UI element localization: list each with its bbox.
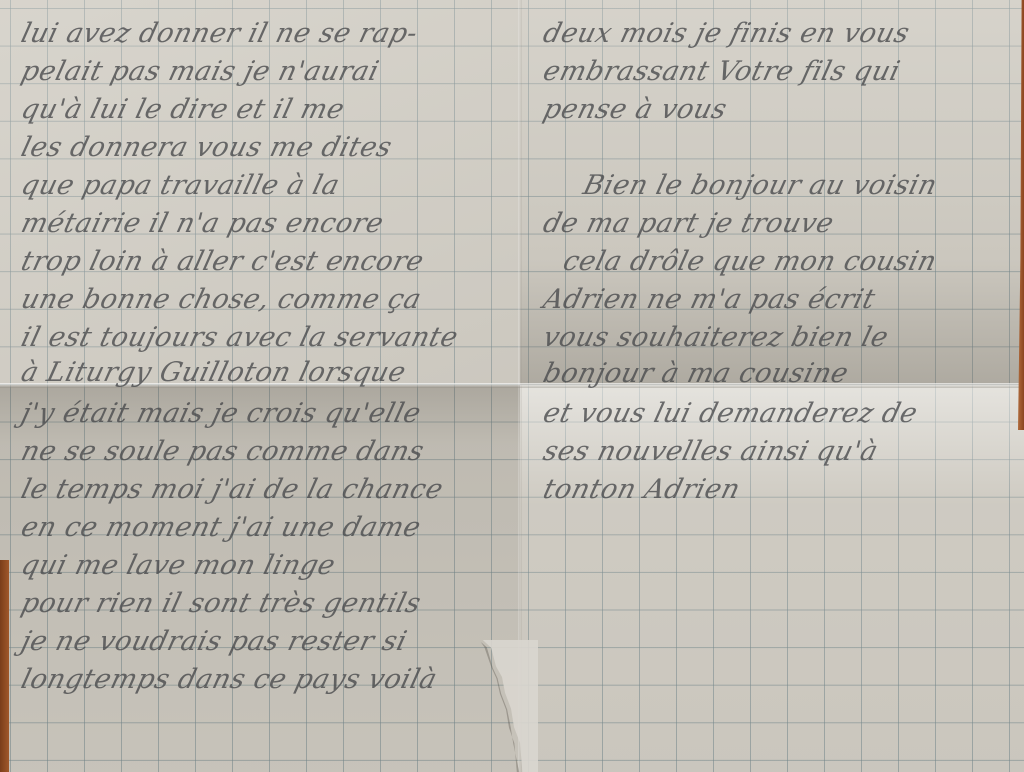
handwritten-line: ses nouvelles ainsi qu'à — [540, 436, 881, 467]
handwritten-line: Adrien ne m'a pas écrit — [540, 284, 878, 315]
handwritten-line: métairie il n'a pas encore — [18, 208, 387, 239]
letter-photo: lui avez donner il ne se rap- pelait pas… — [0, 0, 1024, 772]
handwritten-line: vous souhaiterez bien le — [540, 322, 892, 353]
wooden-table-edge-left — [0, 560, 9, 772]
handwritten-line: pense à vous — [540, 94, 730, 125]
handwritten-line: j'y était mais je crois qu'elle — [18, 398, 424, 429]
handwritten-line: je ne voudrais pas rester si — [18, 626, 410, 657]
handwritten-line: à Liturgy Guilloton lorsque — [18, 357, 409, 388]
handwritten-line: lui avez donner il ne se rap- — [18, 18, 421, 49]
handwritten-line: bonjour à ma cousine — [540, 358, 852, 389]
handwritten-line: en ce moment j'ai une dame — [18, 512, 424, 543]
handwritten-line: cela drôle que mon cousin — [560, 246, 940, 277]
handwritten-line: embrassant Votre fils qui — [540, 56, 903, 87]
handwritten-line: ne se soule pas comme dans — [18, 436, 427, 467]
handwritten-line: tonton Adrien — [540, 474, 743, 505]
handwritten-line: deux mois je finis en vous — [540, 18, 913, 49]
handwritten-line: le temps moi j'ai de la chance — [18, 474, 447, 505]
handwritten-line: de ma part je trouve — [540, 208, 837, 239]
handwritten-line: il est toujours avec la servante — [18, 322, 461, 353]
handwritten-line: les donnera vous me dites — [18, 132, 395, 163]
handwritten-line: qui me lave mon linge — [18, 550, 339, 581]
handwritten-line: une bonne chose, comme ça — [18, 284, 425, 315]
handwritten-line: trop loin à aller c'est encore — [18, 246, 427, 277]
handwritten-line: que papa travaille à la — [18, 170, 343, 201]
handwritten-line: Bien le bonjour au voisin — [580, 170, 940, 201]
handwritten-line: pour rien il sont très gentils — [18, 588, 424, 619]
handwritten-line: pelait pas mais je n'aurai — [18, 56, 382, 87]
handwritten-line: qu'à lui le dire et il me — [18, 94, 348, 125]
handwritten-line: et vous lui demanderez de — [540, 398, 921, 429]
handwritten-line: longtemps dans ce pays voilà — [18, 664, 440, 695]
